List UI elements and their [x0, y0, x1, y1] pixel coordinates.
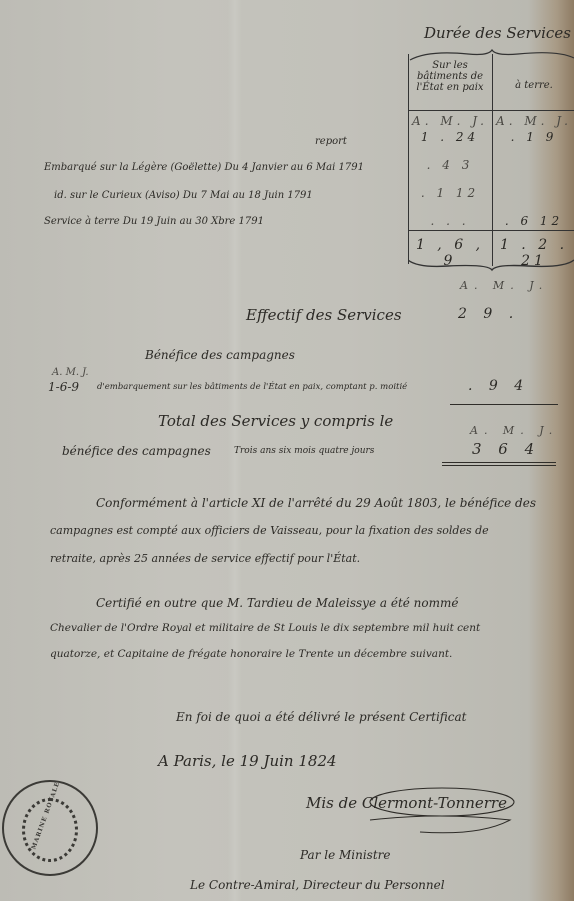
report-label: report — [315, 136, 347, 147]
effective-service-value: 2 9 . — [458, 306, 519, 322]
campaign-benefit-value: . 9 4 — [468, 378, 529, 394]
service-table-title: Durée des Services — [424, 24, 571, 42]
row-label-curieux: id. sur le Curieux (Aviso) Du 7 Mai au 1… — [54, 190, 313, 201]
paragraph2-line2: Chevalier de l'Ordre Royal et militaire … — [50, 622, 480, 634]
row-curieux-ships: . 1 12 — [410, 186, 490, 200]
row-report-ships: 1 . 24 — [410, 130, 490, 144]
table-bottom-flourish — [408, 258, 574, 274]
total-double-rule — [442, 462, 556, 466]
table-header-rule — [408, 110, 574, 111]
campaign-benefit-description: d'embarquement sur les bâtiments de l'Ét… — [97, 382, 407, 392]
effective-units: A. M. J. — [460, 279, 548, 292]
naval-seal: MARINE ROYALE — [2, 780, 98, 876]
row-report-land: . 1 9 — [494, 130, 574, 144]
campaign-benefit-units: A. M. J. — [52, 367, 89, 378]
total-value: 3 6 4 — [472, 440, 540, 458]
paragraph2-line3: quatorze, et Capitaine de frégate honora… — [50, 648, 452, 660]
row-land-land: . 6 12 — [494, 214, 574, 228]
paragraph1-line2: campagnes est compté aux officiers de Va… — [50, 524, 489, 537]
table-left-border — [408, 54, 409, 264]
row-land-ships: . . . — [410, 214, 490, 228]
units-ships: A. M. J. — [410, 114, 490, 128]
column-header-land: à terre. — [496, 80, 572, 91]
paragraph2-line1: Certifié en outre que M. Tardieu de Male… — [96, 596, 459, 610]
table-column-divider — [492, 54, 493, 266]
row-label-legere: Embarqué sur la Légère (Goëlette) Du 4 J… — [44, 162, 364, 173]
row-label-land: Service à terre Du 19 Juin au 30 Xbre 17… — [44, 216, 264, 227]
units-land: A. M. J. — [494, 114, 574, 128]
effective-service-label: Effectif des Services — [246, 306, 402, 324]
column-header-ships: Sur les bâtiments de l'État en paix — [410, 60, 490, 93]
total-in-words: Trois ans six mois quatre jours — [234, 446, 374, 456]
director-title: Le Contre-Amiral, Directeur du Personnel — [190, 878, 445, 892]
table-total-rule — [408, 230, 574, 231]
row-legere-ships: . 4 3 — [410, 158, 490, 172]
total-line1: Total des Services y compris le — [158, 412, 393, 430]
total-line2: bénéfice des campagnes — [62, 444, 211, 458]
paragraph1-line1: Conformément à l'article XI de l'arrêté … — [96, 496, 536, 510]
campaign-benefit-rule — [450, 404, 558, 405]
service-table: Sur les bâtiments de l'État en paix à te… — [408, 54, 574, 272]
place-date: A Paris, le 19 Juin 1824 — [158, 752, 337, 770]
campaign-benefit-title: Bénéfice des campagnes — [145, 348, 295, 362]
closing-line: En foi de quoi a été délivré le présent … — [176, 710, 466, 724]
document-page: Durée des Services Sur les bâtiments de … — [0, 0, 574, 901]
total-units: A. M. J. — [470, 424, 558, 437]
by-minister: Par le Ministre — [300, 848, 391, 862]
paragraph1-line3: retraite, après 25 années de service eff… — [50, 552, 360, 565]
campaign-benefit-base: 1-6-9 — [48, 380, 79, 394]
signature-flourish — [360, 780, 530, 836]
